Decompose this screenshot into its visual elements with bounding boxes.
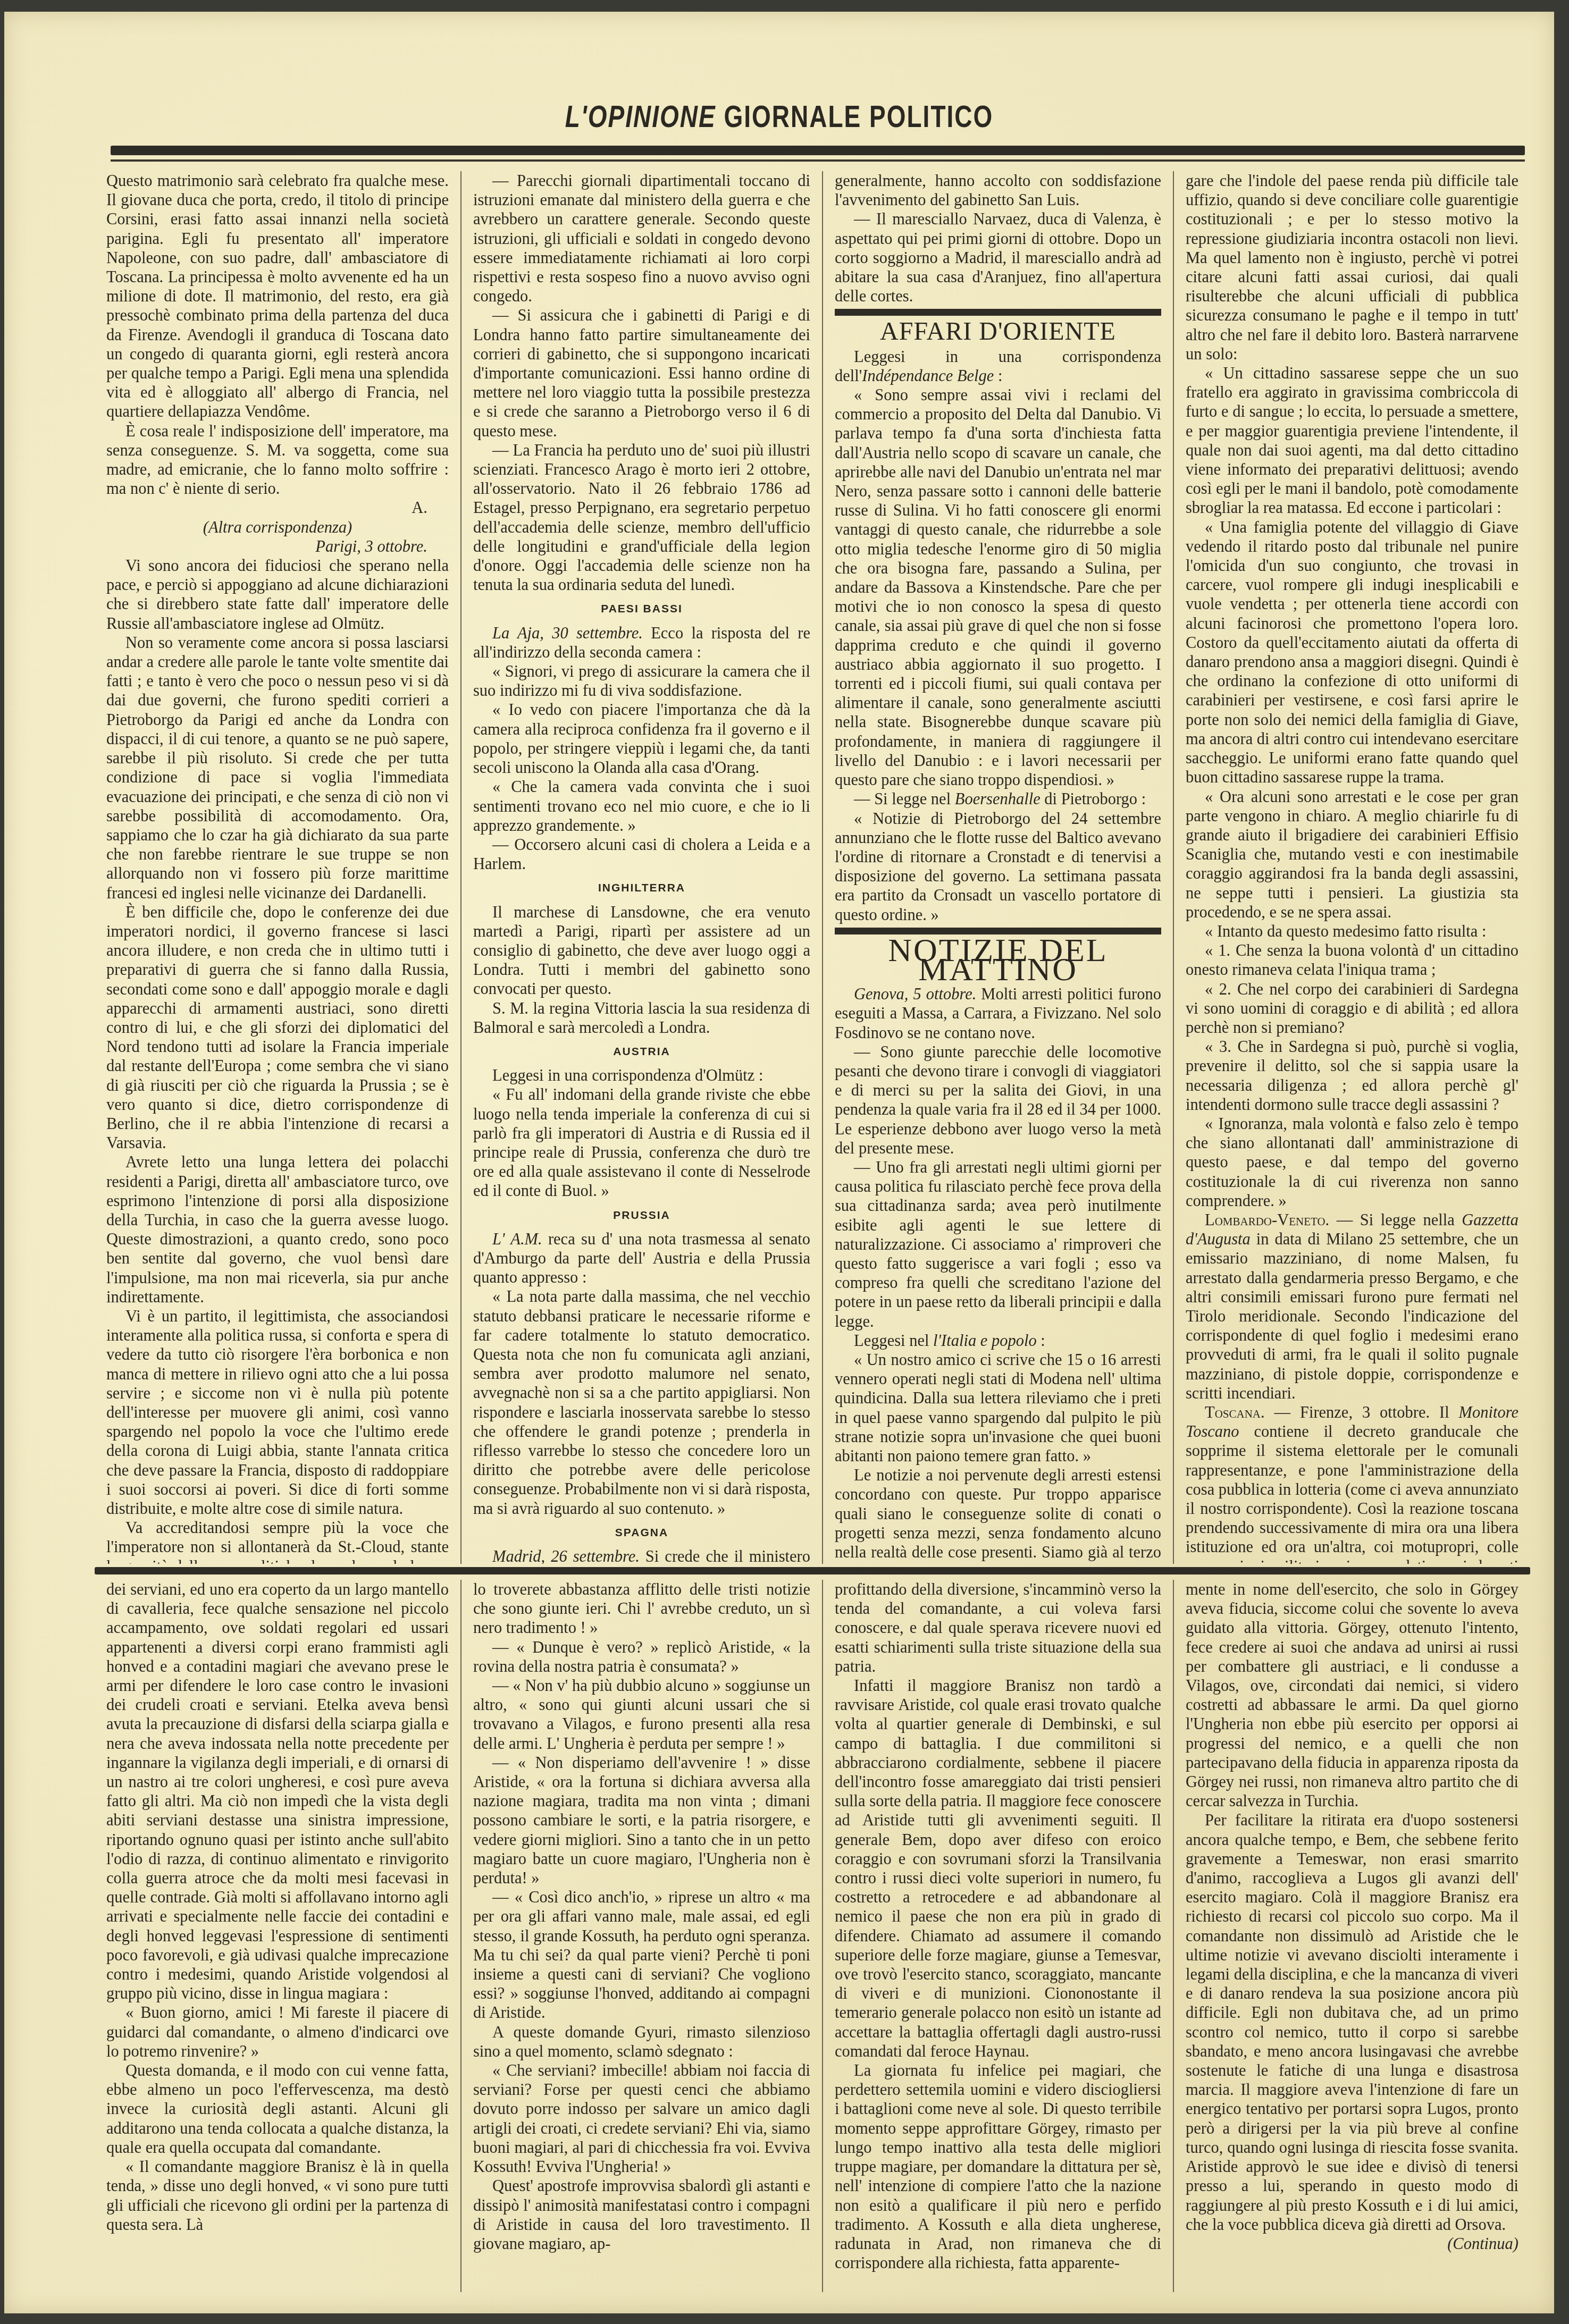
paragraph: È ben difficile che, dopo le conferenze … — [106, 903, 449, 1153]
source-name: Indépendance Belge — [862, 367, 994, 385]
section-title-notizie-mattino: NOTIZIE DEL MATTINO — [835, 941, 1161, 979]
paragraph: La giornata fu infelice pei magiari, che… — [835, 2061, 1161, 2272]
paragraph: — La Francia ha perduto uno de' suoi più… — [473, 441, 810, 595]
paragraph: Vi sono ancora dei fiduciosi che sperano… — [106, 556, 449, 633]
region-label: Lombardo-Veneto. — [1205, 1211, 1329, 1229]
subheading-paesi-bassi: PAESI BASSI — [473, 600, 810, 619]
paragraph: « Notizie di Pietroborgo del 24 settembr… — [835, 809, 1161, 924]
paragraph: Questa domanda, e il modo con cui venne … — [106, 2061, 449, 2157]
paragraph: — Sono giunte parecchie delle locomotive… — [835, 1042, 1161, 1158]
source-name: Boersenhalle — [955, 790, 1041, 808]
news-column-3: generalmente, hanno accolto con soddisfa… — [823, 171, 1174, 1564]
news-column-2: — Parecchi giornali dipartimentali tocca… — [462, 171, 823, 1564]
paragraph: Avrete letto una lunga lettera dei polac… — [106, 1152, 449, 1307]
paragraph: « Fu all' indomani della grande riviste … — [473, 1085, 810, 1200]
feuilleton-column-4: mente in nome dell'esercito, che solo in… — [1174, 1580, 1530, 2292]
paragraph: Questo matrimonio sarà celebrato fra qua… — [106, 171, 449, 422]
paragraph-lead: Leggesi nel — [854, 1332, 929, 1350]
paragraph: — « Non v' ha più dubbio alcuno » soggiu… — [473, 1676, 810, 1753]
masthead: L'OPINIONE GIORNALE POLITICO — [4, 98, 1554, 134]
subheading-inghilterra: INGHILTERRA — [473, 879, 810, 898]
paragraph: « Ora alcuni sono arrestati e le cose pe… — [1186, 787, 1518, 922]
paragraph: Infatti il maggiore Branisz non tardò a … — [835, 1676, 1161, 2061]
source-name: L' A.M. — [492, 1230, 542, 1248]
paragraph: « La nota parte dalla massima, che nel v… — [473, 1287, 810, 1518]
feuilleton-columns: dei serviani, ed uno era coperto da un l… — [95, 1580, 1530, 2292]
masthead-rule — [111, 146, 1525, 155]
dateline: Genova, 5 ottobre. — [854, 985, 976, 1003]
feuilleton-column-3: profittando della diversione, s'incammin… — [823, 1580, 1174, 2292]
paragraph: « Sono sempre assai vivi i reclami del c… — [835, 385, 1161, 789]
paragraph: contiene il decreto granducale che soppr… — [1186, 1422, 1518, 1564]
paragraph: « 2. Che nel corpo dei carabinieri di Sa… — [1186, 980, 1518, 1038]
masthead-title-italic: L'OPINIONE — [565, 99, 716, 134]
paragraph: « Che serviani? imbecille! abbiam noi fa… — [473, 2061, 810, 2176]
subheading-austria: AUSTRIA — [473, 1042, 810, 1062]
paragraph: « 3. Che in Sardegna si può, purchè si v… — [1186, 1037, 1518, 1114]
paragraph: Quest' apostrofe improvvisa sbalordì gli… — [473, 2176, 810, 2253]
paragraph: È cosa reale l' indisposizione dell' imp… — [106, 422, 449, 499]
paragraph: Il marchese di Lansdowne, che era venuto… — [473, 903, 810, 999]
paragraph-lead: — Firenze, 3 ottobre. Il — [1274, 1403, 1449, 1421]
paragraph: S. M. la regina Vittoria lascia la sua r… — [473, 999, 810, 1037]
subheading-prussia: PRUSSIA — [473, 1206, 810, 1225]
section-title-affari-oriente: AFFARI D'ORIENTE — [835, 322, 1161, 341]
paragraph: A queste domande Gyuri, rimasto silenzio… — [473, 2023, 810, 2061]
paragraph: Le notizie a noi pervenute degli arresti… — [835, 1466, 1161, 1564]
paragraph: Vi è un partito, il legittimista, che as… — [106, 1307, 449, 1518]
feuilleton-column-2: lo troverete abbastanza afflitto delle t… — [462, 1580, 823, 2292]
section-note: (Altra corrispondenza) — [106, 518, 449, 537]
dateline: Parigi, 3 ottobre. — [106, 537, 449, 556]
paragraph: Va accreditandosi sempre più la voce che… — [106, 1518, 449, 1564]
paragraph: mente in nome dell'esercito, che solo in… — [1186, 1580, 1518, 1811]
paragraph: « Il comandante maggiore Branisz è là in… — [106, 2157, 449, 2234]
signature: A. — [106, 498, 449, 517]
paragraph: — Occorsero alcuni casi di cholera a Lei… — [473, 835, 810, 873]
paragraph: Non so veramente come ancora si possa la… — [106, 633, 449, 903]
paragraph: « Un cittadino sassarese seppe che un su… — [1186, 364, 1518, 518]
paragraph: Per facilitare la ritirata era d'uopo so… — [1186, 1811, 1518, 2234]
paragraph: — « Dunque è vero? » replicò Aristide, «… — [473, 1638, 810, 1676]
dateline: La Aja, 30 settembre. — [492, 624, 643, 642]
paragraph: « Che la camera vada convinta che i suoi… — [473, 777, 810, 835]
paragraph: « Una famiglia potente del villaggio di … — [1186, 518, 1518, 787]
news-columns: Questo matrimonio sarà celebrato fra qua… — [95, 171, 1530, 1564]
masthead-rule-thin — [111, 159, 1525, 162]
paragraph: « Intanto da questo medesimo fatto risul… — [1186, 922, 1518, 941]
feuilleton-rule — [95, 1567, 1530, 1574]
source-name: l'Italia e popolo — [933, 1332, 1037, 1350]
region-label: Toscana. — [1205, 1403, 1265, 1421]
newspaper-page: L'OPINIONE GIORNALE POLITICO Questo matr… — [4, 12, 1554, 2313]
news-column-4: gare che l'indole del paese renda più di… — [1174, 171, 1530, 1564]
paragraph: « Signori, vi prego di assicurare la cam… — [473, 662, 810, 700]
paragraph: « Un nostro amico ci scrive che 15 o 16 … — [835, 1350, 1161, 1466]
paragraph: — Uno fra gli arrestati negli ultimi gio… — [835, 1158, 1161, 1331]
paragraph: « Ignoranza, mala volontà e falso zelo è… — [1186, 1114, 1518, 1210]
paragraph: — Parecchi giornali dipartimentali tocca… — [473, 171, 810, 306]
paragraph-tail: di Pietroborgo : — [1044, 790, 1146, 808]
paragraph-tail: : — [1041, 1332, 1045, 1350]
paragraph: « Buon giorno, amici ! Mi fareste il pia… — [106, 2003, 449, 2061]
feuilleton-column-1: dei serviani, ed uno era coperto da un l… — [95, 1580, 462, 2292]
masthead-title-rest: GIORNALE POLITICO — [724, 99, 993, 134]
paragraph: dei serviani, ed uno era coperto da un l… — [106, 1580, 449, 2003]
paragraph: — Si assicura che i gabinetti di Parigi … — [473, 306, 810, 440]
paragraph-tail: : — [998, 367, 1002, 385]
paragraph: generalmente, hanno accolto con soddisfa… — [835, 171, 1161, 209]
dateline: Madrid, 26 settembre. — [492, 1547, 640, 1564]
subheading-spagna: SPAGNA — [473, 1523, 810, 1543]
paragraph: « Io vedo con piacere l'importanza che d… — [473, 700, 810, 777]
paragraph: gare che l'indole del paese renda più di… — [1186, 171, 1518, 364]
paragraph-lead: — Si legge nella — [1337, 1211, 1455, 1229]
continued-marker: (Continua) — [1447, 2234, 1518, 2253]
paragraph: — « Così dico anch'io, » riprese un altr… — [473, 1888, 810, 2022]
paragraph: « 1. Che senza la buona volontà d' un ci… — [1186, 941, 1518, 979]
news-column-1: Questo matrimonio sarà celebrato fra qua… — [95, 171, 462, 1564]
paragraph: — « Non disperiamo dell'avvenire ! » dis… — [473, 1753, 810, 1888]
paragraph: Leggesi in una corrispondenza d'Olmütz : — [473, 1066, 810, 1085]
paragraph: lo troverete abbastanza afflitto delle t… — [473, 1580, 810, 1638]
paragraph: — Il maresciallo Narvaez, duca di Valenz… — [835, 209, 1161, 306]
paragraph: profittando della diversione, s'incammin… — [835, 1580, 1161, 1676]
paragraph: in data di Milano 25 settembre, che un e… — [1186, 1230, 1518, 1402]
section-rule — [835, 309, 1161, 316]
paragraph-lead: — Si legge nel — [854, 790, 951, 808]
